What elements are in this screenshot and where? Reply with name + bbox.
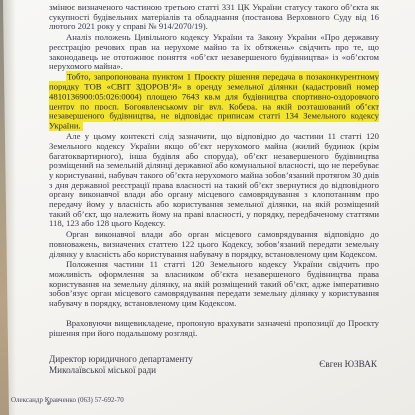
signature-block: Директор юридичного департаменту Миколаї… [49, 354, 379, 376]
paragraph-provision-120: Положення частини 11 статті 120 Земельно… [49, 260, 379, 309]
signature-title-line2: Миколаївської міської ради [49, 365, 193, 376]
scan-speckle [47, 402, 50, 405]
signature-title: Директор юридичного департаменту Миколаї… [49, 354, 193, 376]
highlight-mark: Тобто, запропонована пунктом 1 Проєкту р… [49, 71, 379, 131]
document-body: змінює визначеного частиною третьою стат… [49, 3, 379, 376]
closing-paragraph: Враховуючи вищевикладене, пропоную враху… [49, 319, 379, 338]
paragraph-authority-122: Орган виконавчої влади або орган місцево… [49, 230, 379, 259]
paragraph-continuation: змінює визначеного частиною третьою стат… [49, 3, 379, 32]
paragraph-analysis: Аналіз положень Цивільного кодексу Украї… [49, 33, 379, 72]
highlighted-paragraph: Тобто, запропонована пунктом 1 Проєкту р… [49, 73, 379, 131]
signature-title-line1: Директор юридичного департаменту [49, 354, 193, 365]
paragraph-land-code-120: Але у цьому контексті слід зазначити, що… [49, 132, 379, 229]
signatory-name: Євген ЮЗВАК [319, 360, 379, 370]
contact-line: Олександр Кравченко (063) 57-692-70 [11, 396, 124, 404]
scan-background: змінює визначеного частиною третьою стат… [0, 0, 415, 415]
document-page: змінює визначеного частиною третьою стат… [0, 0, 415, 415]
page-edge-shadow [0, 0, 16, 415]
